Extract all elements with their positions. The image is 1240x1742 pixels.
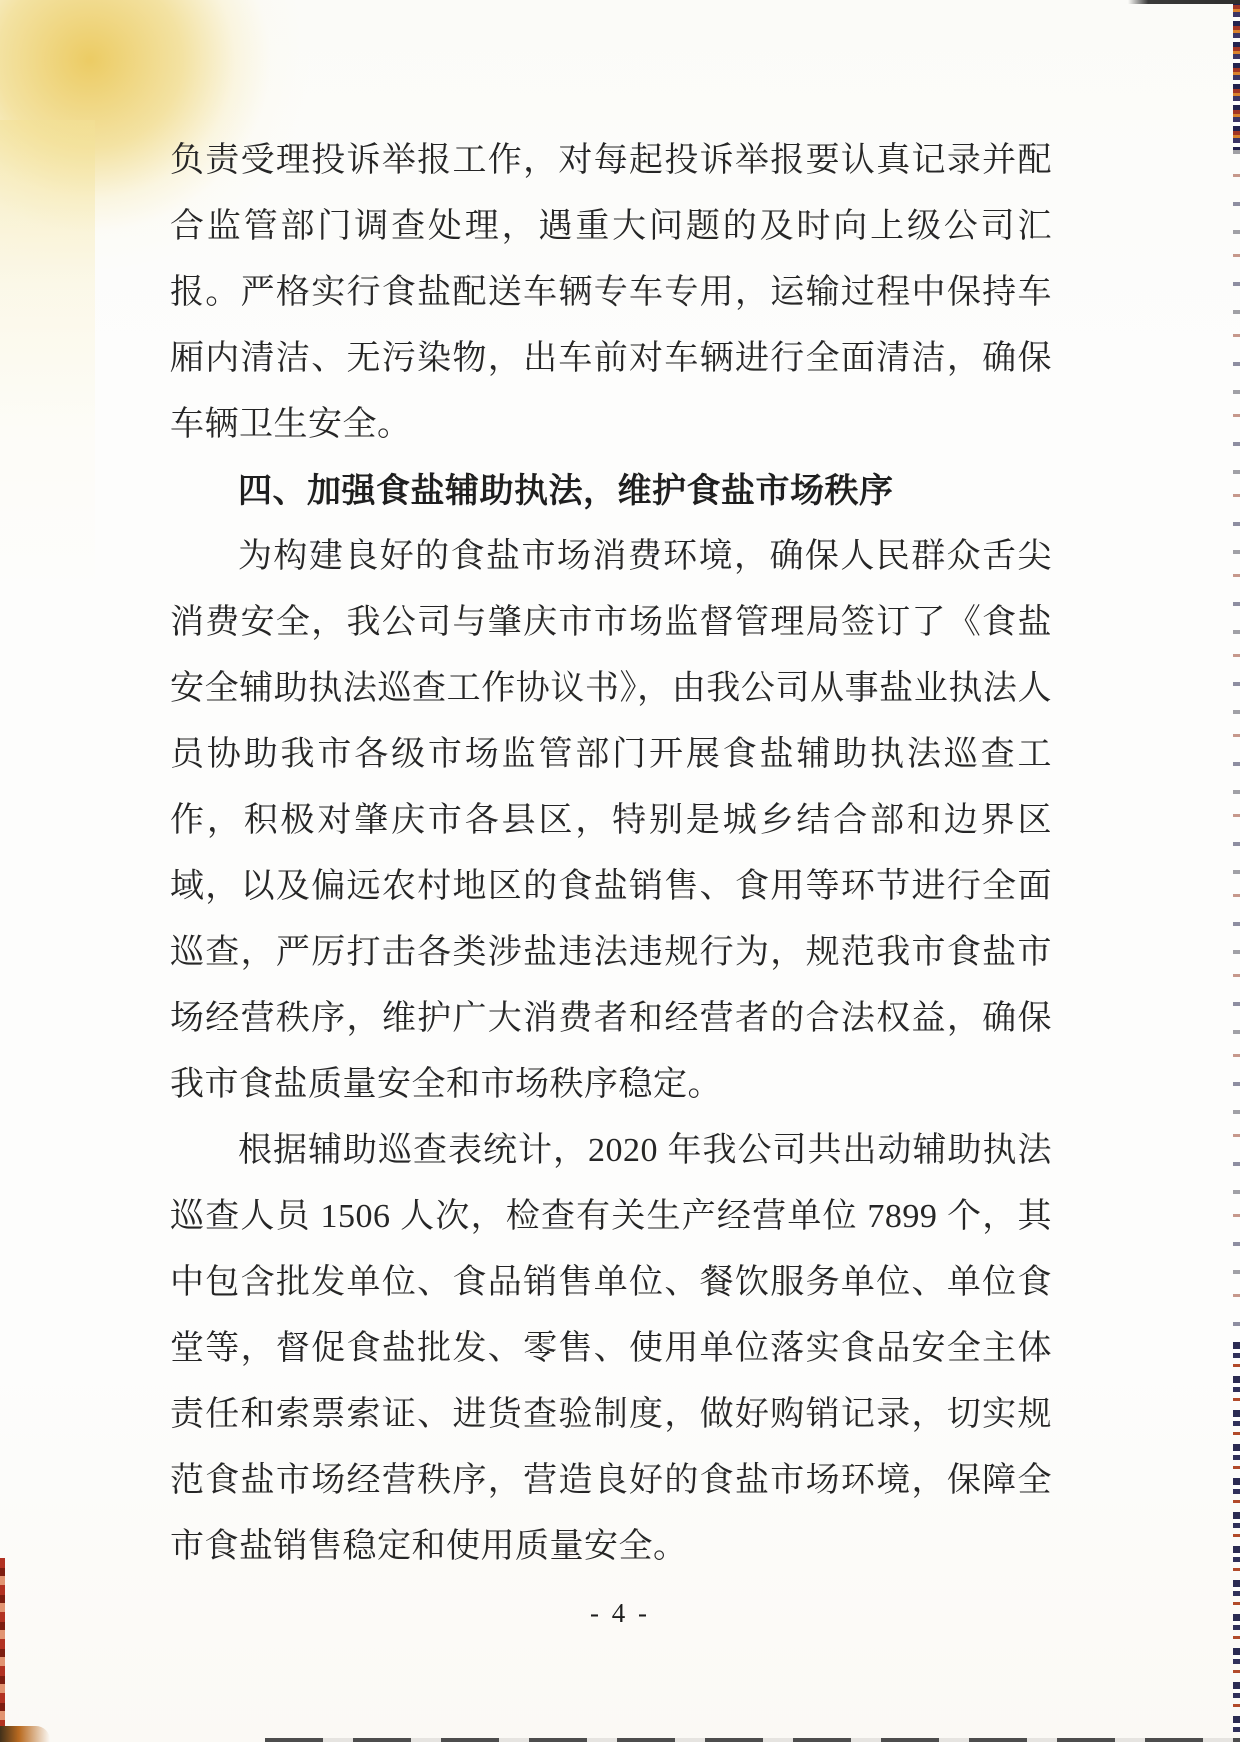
body-paragraph-continued: 负责受理投诉举报工作，对每起投诉举报要认真记录并配合监管部门调查处理，遇重大问题… bbox=[170, 128, 1052, 458]
scan-edge-bottom bbox=[265, 1738, 1240, 1742]
scan-edge-left-red-strip bbox=[0, 1558, 5, 1742]
section-heading: 四、加强食盐辅助执法，维护食盐市场秩序 bbox=[170, 458, 1052, 524]
scanned-document-page: 负责受理投诉举报工作，对每起投诉举报要认真记录并配合监管部门调查处理，遇重大问题… bbox=[0, 0, 1240, 1742]
body-paragraph: 为构建良好的食盐市场消费环境，确保人民群众舌尖消费安全，我公司与肇庆市市场监督管… bbox=[170, 524, 1052, 1118]
scan-edge-noise-middle bbox=[1233, 150, 1240, 1342]
scan-stain-left-tail bbox=[0, 120, 95, 600]
scan-edge-noise-bottom bbox=[1233, 1342, 1240, 1742]
scan-edge-noise-top bbox=[1233, 0, 1240, 150]
scan-corner-blob-bottom-left bbox=[0, 1726, 50, 1742]
body-paragraph: 根据辅助巡查表统计，2020 年我公司共出动辅助执法巡查人员 1506 人次，检… bbox=[170, 1118, 1052, 1580]
page-number: - 4 - bbox=[590, 1598, 650, 1628]
scan-edge-noise-right bbox=[1233, 0, 1240, 1742]
page-footer: - 4 - bbox=[0, 1598, 1240, 1629]
scan-edge-top-right bbox=[1128, 0, 1240, 4]
document-body: 负责受理投诉举报工作，对每起投诉举报要认真记录并配合监管部门调查处理，遇重大问题… bbox=[170, 128, 1052, 1580]
